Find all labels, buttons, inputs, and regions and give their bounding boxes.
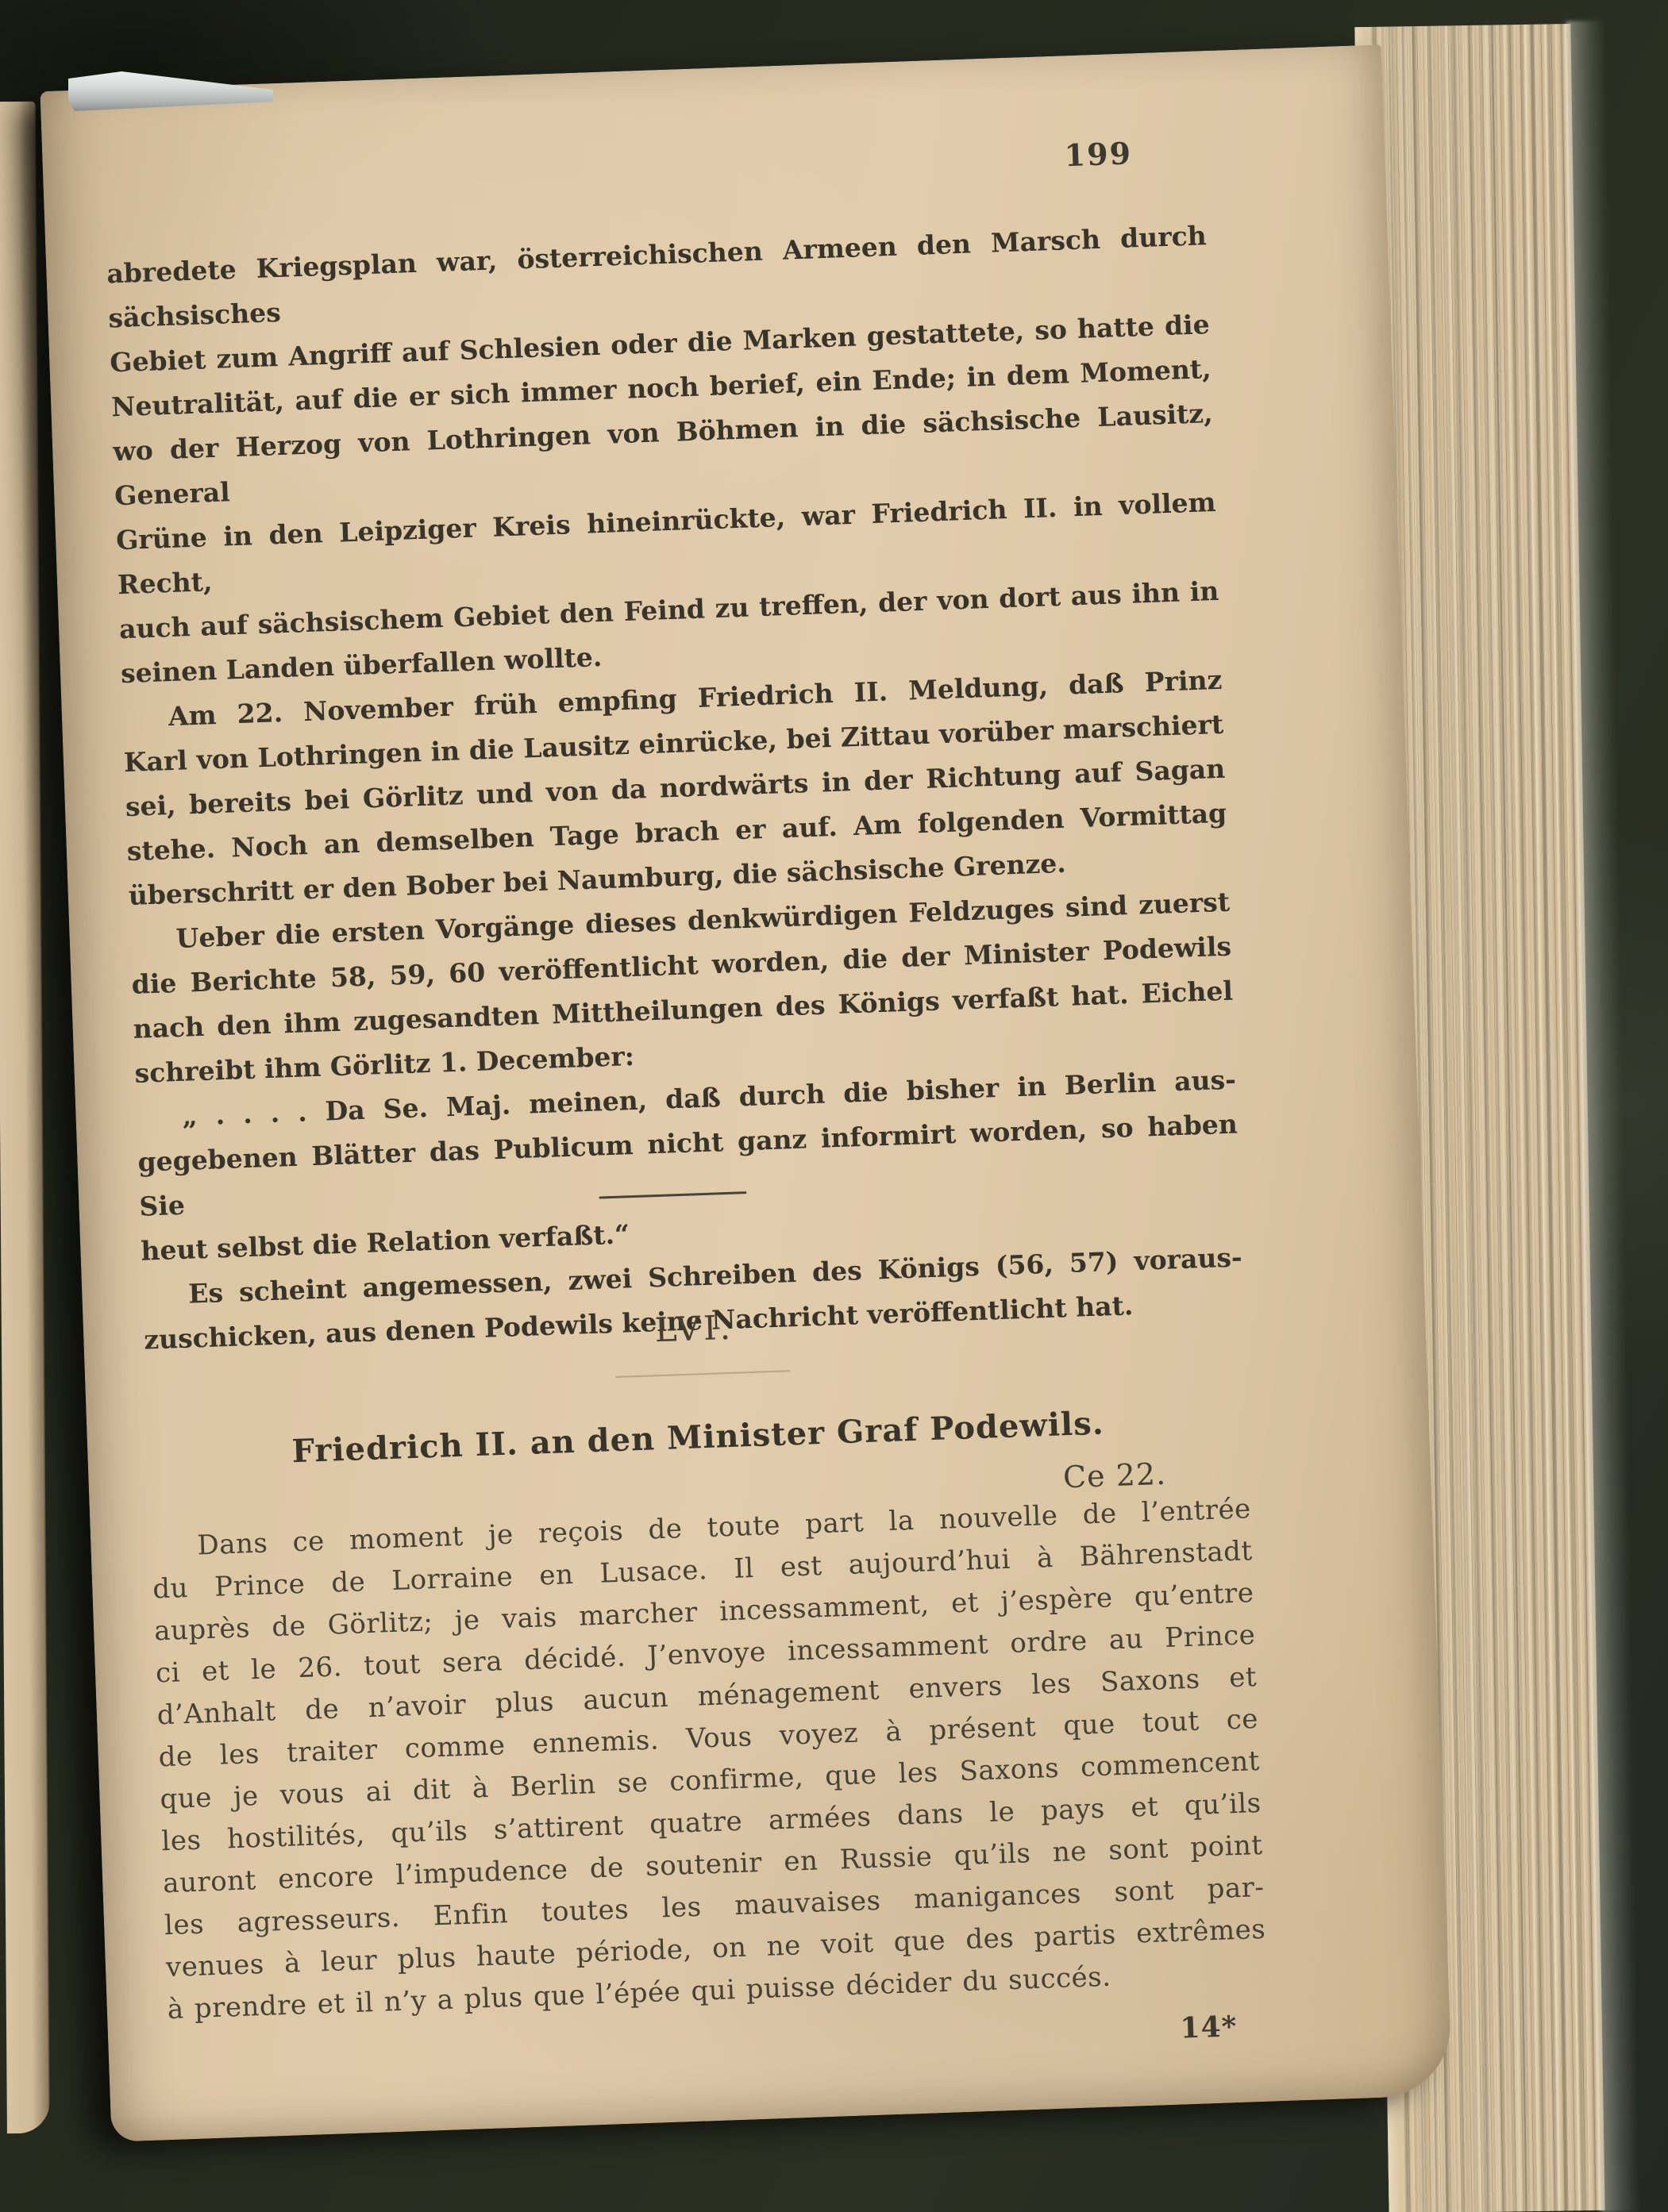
paragraph: Dans ce moment je reçois de toute part l… xyxy=(151,1488,1268,2031)
paragraph: abredete Kriegsplan war, österreichische… xyxy=(106,214,1222,696)
scan-background: 199 abredete Kriegsplan war, österreichi… xyxy=(0,0,1668,2212)
page-number: 199 xyxy=(1064,135,1133,173)
letter-dateline: Ce 22. xyxy=(1062,1456,1167,1495)
french-text-block: Dans ce moment je reçois de toute part l… xyxy=(151,1488,1268,2031)
german-text-block: abredete Kriegsplan war, österreichische… xyxy=(106,214,1245,1363)
printer-signature-mark: 14* xyxy=(1180,2010,1238,2045)
adjacent-page-edge xyxy=(0,102,50,2133)
paragraph: Am 22. November früh empfing Friedrich I… xyxy=(121,658,1229,918)
book-page: 199 abredete Kriegsplan war, österreichi… xyxy=(40,44,1452,2141)
section-numeral-rule xyxy=(615,1370,790,1378)
